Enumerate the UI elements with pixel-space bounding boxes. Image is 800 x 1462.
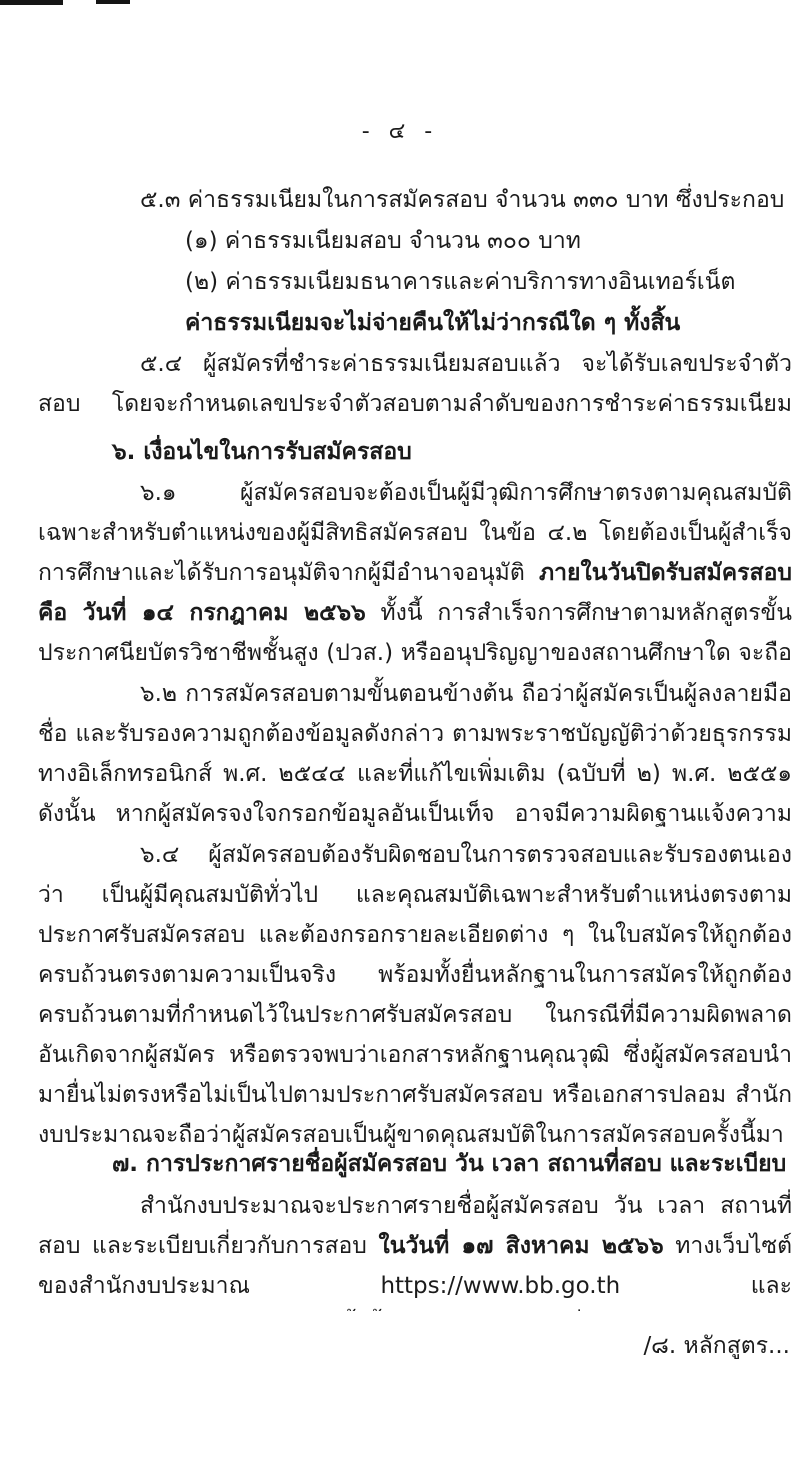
clause-7: สำนักงบประมาณจะประกาศรายชื่อผู้สมัครสอบ …	[38, 1186, 792, 1311]
clause-5-3-sub-2: (๒) ค่าธรรมเนียมธนาคารและค่าบริการทางอิน…	[38, 262, 792, 303]
clause-5-4: ๕.๔ ผู้สมัครที่ชำระค่าธรรมเนียมสอบแล้ว จ…	[38, 344, 792, 428]
clause-6-1: ๖.๑ ผู้สมัครสอบจะต้องเป็นผู้มีวุฒิการศึก…	[38, 473, 792, 674]
scanned-document-page: - ๔ - ๕.๓ ค่าธรรมเนียมในการสมัครสอบ จำนว…	[0, 0, 800, 1462]
clause-6-4: ๖.๔ ผู้สมัครสอบต้องรับผิดชอบในการตรวจสอบ…	[38, 835, 792, 1158]
clause-5-3-sub-1: (๑) ค่าธรรมเนียมสอบ จำนวน ๓๐๐ บาท	[38, 221, 792, 262]
scan-artifact	[0, 0, 63, 5]
scan-artifact	[96, 0, 130, 4]
clause-6-2: ๖.๒ การสมัครสอบตามขั้นตอนข้างต้น ถือว่าผ…	[38, 674, 792, 835]
clause-5-3: ๕.๓ ค่าธรรมเนียมในการสมัครสอบ จำนวน ๓๓๐ …	[38, 180, 792, 221]
section-7-heading: ๗. การประกาศรายชื่อผู้สมัครสอบ วัน เวลา …	[38, 1144, 792, 1185]
page-number: - ๔ -	[0, 112, 800, 152]
section-6-heading: ๖. เงื่อนไขในการรับสมัครสอบ	[38, 432, 792, 473]
announce-date-bold: ในวันที่ ๑๗ สิงหาคม ๒๕๖๖	[378, 1233, 663, 1259]
footer-continuation-note: /๘. หลักสูตร...	[38, 1326, 790, 1366]
fee-no-refund-note: ค่าธรรมเนียมจะไม่จ่ายคืนให้ไม่ว่ากรณีใด …	[38, 303, 792, 344]
